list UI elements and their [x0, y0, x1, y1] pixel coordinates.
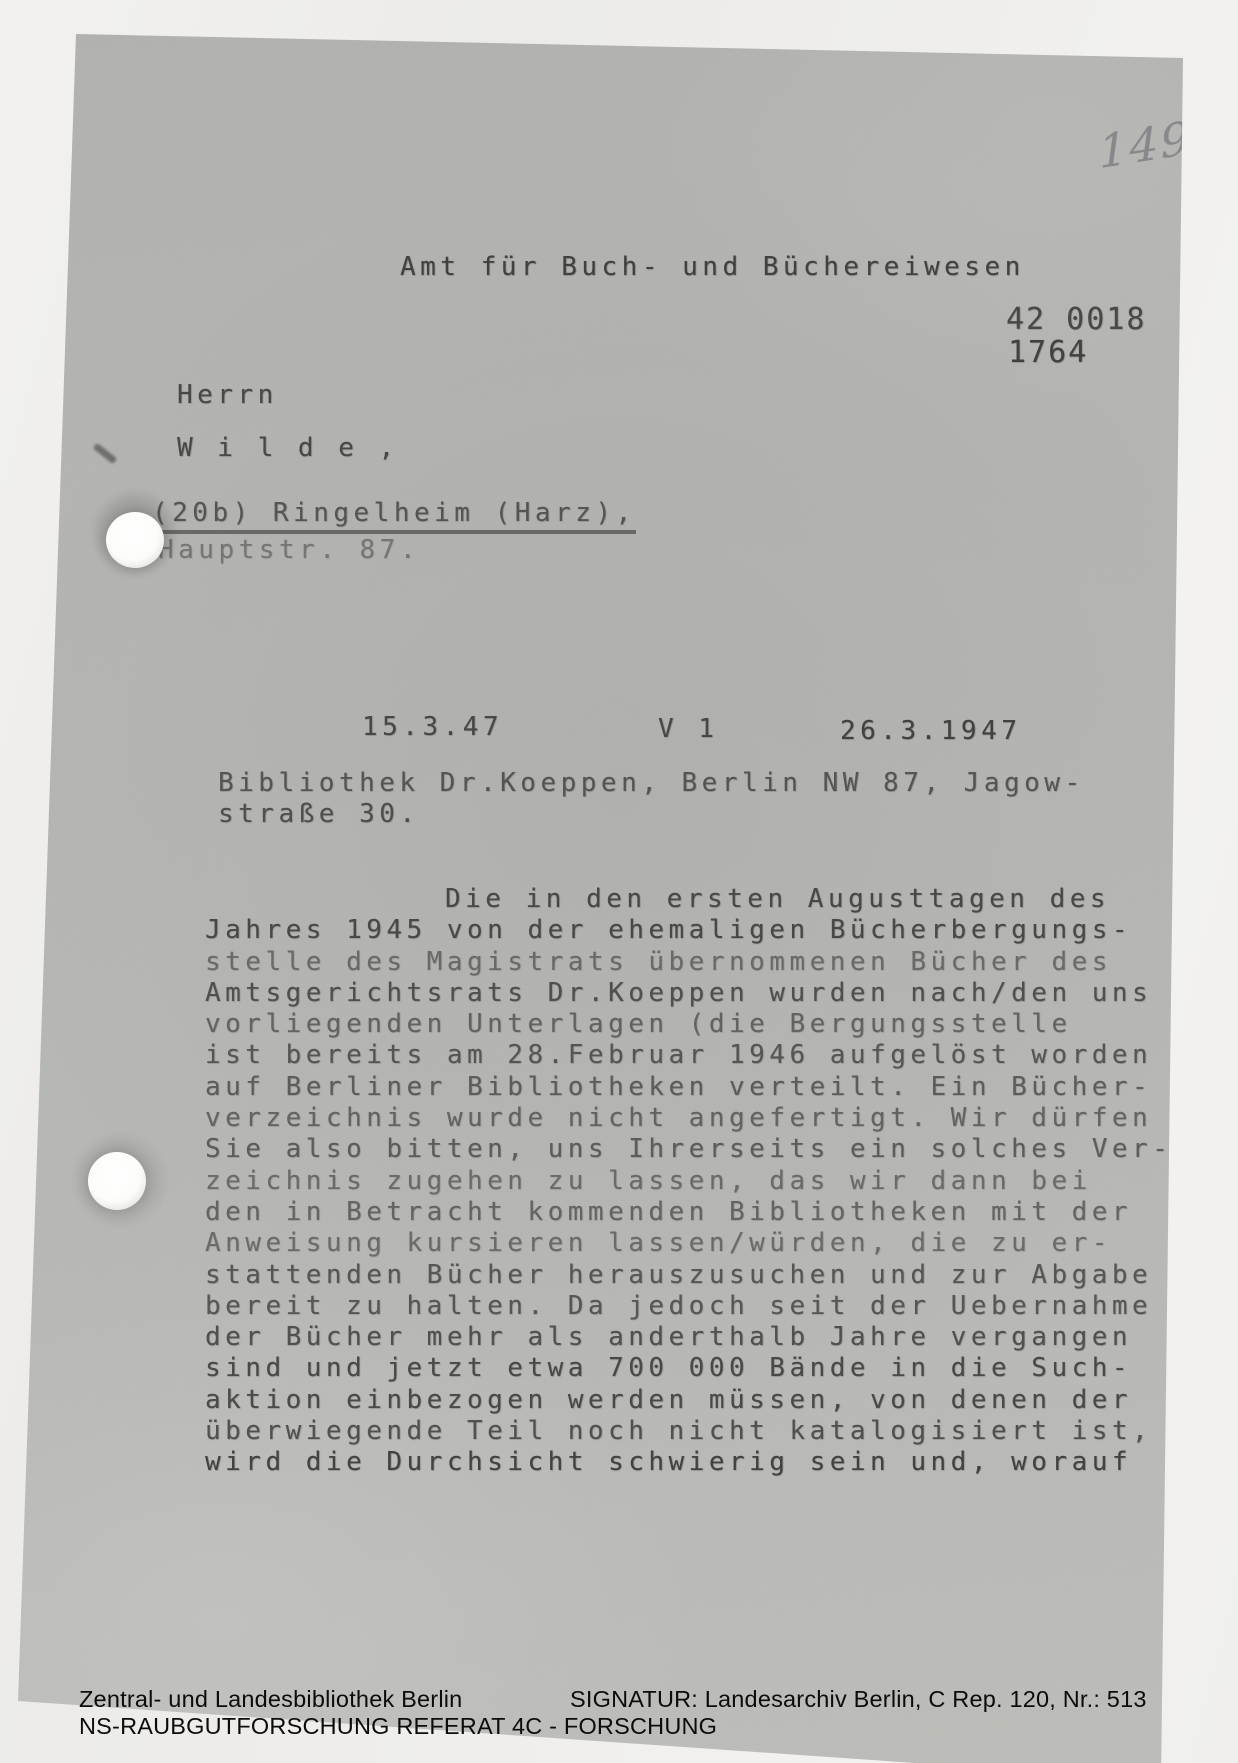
letterhead-office: Amt für Buch- und Büchereiwesen: [400, 252, 1025, 283]
subject-line1: Bibliothek Dr.Koeppen, Berlin NW 87, Jag…: [218, 768, 1085, 799]
body-line: bereit zu halten. Da jedoch seit der Ueb…: [205, 1291, 1215, 1322]
ref-number-line2: 1764: [1008, 337, 1088, 368]
body-line: vorliegenden Unterlagen (die Bergungsste…: [205, 1009, 1215, 1040]
date-left: 15.3.47: [362, 712, 503, 743]
body-line: Jahres 1945 von der ehemaligen Bücherber…: [205, 915, 1215, 946]
body-line: Anweisung kursieren lassen/würden, die z…: [205, 1228, 1215, 1259]
letter-body: Die in den ersten Augusttagen des Jahres…: [205, 884, 1215, 1479]
subject-line2: straße 30.: [218, 799, 420, 830]
body-line: wird die Durchsicht schwierig sein und, …: [205, 1447, 1215, 1478]
body-line: ist bereits am 28.Februar 1946 aufgelöst…: [205, 1040, 1215, 1071]
body-line: stattenden Bücher herauszusuchen und zur…: [205, 1260, 1215, 1291]
body-line: verzeichnis wurde nicht angefertigt. Wir…: [205, 1103, 1215, 1134]
body-line: aktion einbezogen werden müssen, von den…: [205, 1385, 1215, 1416]
file-reference: V 1: [658, 714, 718, 745]
body-line: sind und jetzt etwa 700 000 Bände in die…: [205, 1353, 1215, 1384]
footer-institution: Zentral- und Landesbibliothek Berlin: [79, 1686, 462, 1713]
pen-mark: [93, 443, 118, 465]
paper: Amt für Buch- und Büchereiwesen 42 0018 …: [0, 0, 1238, 1763]
scan-background: Amt für Buch- und Büchereiwesen 42 0018 …: [0, 0, 1238, 1763]
body-line: Die in den ersten Augusttagen des: [205, 884, 1215, 915]
body-line: überwiegende Teil noch nicht katalogisie…: [205, 1416, 1215, 1447]
recipient-address-underlined-text: (20b) Ringelheim (Harz),: [152, 498, 636, 534]
body-line: auf Berliner Bibliotheken verteilt. Ein …: [205, 1072, 1215, 1103]
footer-signature: SIGNATUR: Landesarchiv Berlin, C Rep. 12…: [570, 1686, 1147, 1713]
recipient-salutation: Herrn: [177, 380, 278, 411]
body-line: Sie also bitten, uns Ihrerseits ein solc…: [205, 1134, 1215, 1165]
footer-department: NS-RAUBGUTFORSCHUNG REFERAT 4C - FORSCHU…: [79, 1713, 717, 1740]
recipient-address-line1: (20b) Ringelheim (Harz),: [152, 498, 636, 529]
body-line: stelle des Magistrats übernommenen Büche…: [205, 947, 1215, 978]
recipient-address-line2: Hauptstr. 87.: [158, 535, 420, 566]
date-right: 26.3.1947: [840, 716, 1021, 747]
body-line: Amtsgerichtsrats Dr.Koeppen wurden nach/…: [205, 978, 1215, 1009]
body-line: den in Betracht kommenden Bibliotheken m…: [205, 1197, 1215, 1228]
punch-hole-bottom: [88, 1152, 146, 1210]
punch-hole-top: [106, 512, 164, 568]
ref-number-line1: 42 0018: [1006, 304, 1146, 335]
recipient-name: W i l d e ,: [177, 433, 399, 464]
body-line: der Bücher mehr als anderthalb Jahre ver…: [205, 1322, 1215, 1353]
handwritten-page-number: 149: [1097, 111, 1192, 180]
body-line: zeichnis zugehen zu lassen, das wir dann…: [205, 1166, 1215, 1197]
